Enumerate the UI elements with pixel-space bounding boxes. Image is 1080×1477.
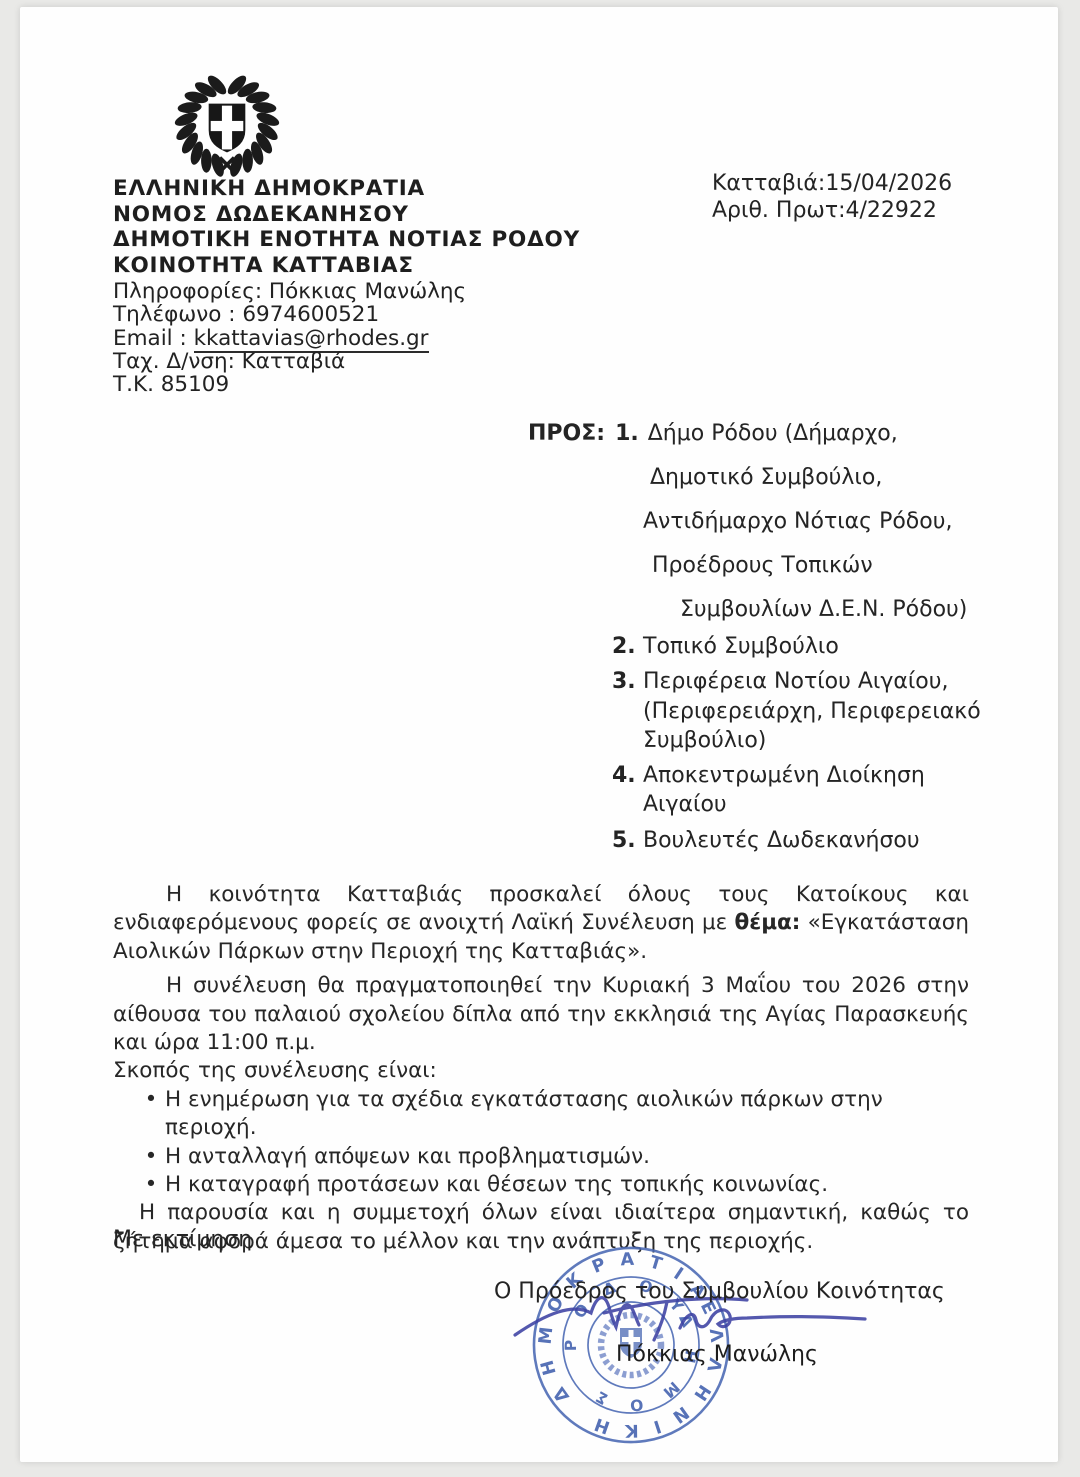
email-label: Email : — [113, 326, 194, 351]
letter-body: Η κοινότητα Κατταβιάς προσκαλεί όλους το… — [113, 881, 969, 1256]
bullet-text: Η ενημέρωση για τα σχέδια εγκατάστασης α… — [165, 1086, 969, 1143]
recipient-text: Αντιδήμαρχο Νότιας Ρόδου, — [643, 500, 967, 544]
contact-postcode: Τ.Κ. 85109 — [113, 373, 466, 396]
org-line-republic: ΕΛΛΗΝΙΚΗ ΔΗΜΟΚΡΑΤΙΑ — [113, 176, 580, 202]
regards-line: Με εκτίμηση — [113, 1227, 252, 1252]
recipient-item: 4. Αποκεντρωμένη Διοίκηση — [612, 761, 981, 790]
bullet-item: • Η ανταλλαγή απόψεων και προβληματισμών… — [113, 1143, 969, 1171]
bullet-text: Η καταγραφή προτάσεων και θέσεων της τοπ… — [165, 1171, 828, 1199]
bullet-icon: • — [137, 1171, 165, 1199]
subject-label: θέμα: — [734, 910, 800, 935]
recipient-text: Δήμο Ρόδου (Δήμαρχο, — [648, 412, 898, 456]
recipient-text: Δημοτικό Συμβούλιο, — [650, 456, 967, 500]
to-label: ΠΡΟΣ: — [528, 412, 605, 456]
signatory-title: Ο Πρόεδρος του Συμβουλίου Κοινότητας — [494, 1279, 945, 1304]
recipient-text: Τοπικό Συμβούλιο — [643, 632, 839, 661]
paragraph-invitation: Η κοινότητα Κατταβιάς προσκαλεί όλους το… — [113, 881, 969, 966]
recipient-item: 2. Τοπικό Συμβούλιο — [612, 632, 981, 661]
org-line-community: ΚΟΙΝΟΤΗΤΑ ΚΑΤΤΑΒΙΑΣ — [113, 253, 580, 279]
recipient-number: 4. — [612, 761, 643, 790]
letterhead-contact-block: Πληροφορίες: Πόκκιας Μανώλης Τηλέφωνο : … — [113, 280, 466, 396]
issue-date: Κατταβιά:15/04/2026 — [712, 170, 952, 197]
protocol-number: Αριθ. Πρωτ:4/22922 — [712, 197, 952, 224]
recipient-text: Συμβουλίων Δ.Ε.Ν. Ρόδου) — [680, 588, 967, 632]
paragraph-meeting-details: Η συνέλευση θα πραγματοποιηθεί την Κυρια… — [113, 972, 969, 1057]
bullet-item: • Η καταγραφή προτάσεων και θέσεων της τ… — [113, 1171, 969, 1199]
recipient-item: 5. Βουλευτές Δωδεκανήσου — [612, 826, 981, 855]
recipient-text: Βουλευτές Δωδεκανήσου — [643, 826, 920, 855]
org-line-prefecture: ΝΟΜΟΣ ΔΩΔΕΚΑΝΗΣΟΥ — [113, 202, 580, 228]
recipient-number: 1. — [615, 412, 639, 456]
date-protocol-block: Κατταβιά:15/04/2026 Αριθ. Πρωτ:4/22922 — [712, 170, 952, 224]
contact-email-line: Email : kkattavias@rhodes.gr — [113, 327, 466, 350]
signatory-name: Πόκκιας Μανώλης — [616, 1342, 818, 1367]
contact-person: Πληροφορίες: Πόκκιας Μανώλης — [113, 280, 466, 303]
bullet-item: • Η ενημέρωση για τα σχέδια εγκατάστασης… — [113, 1086, 969, 1143]
recipient-text: Αποκεντρωμένη Διοίκηση — [643, 761, 925, 790]
recipients-list: 2. Τοπικό Συμβούλιο 3. Περιφέρεια Νοτίου… — [612, 632, 981, 855]
bullet-text: Η ανταλλαγή απόψεων και προβληματισμών. — [165, 1143, 650, 1171]
recipient-number: 5. — [612, 826, 643, 855]
recipient-text: Προέδρους Τοπικών — [652, 544, 967, 588]
recipients-item1: ΠΡΟΣ: 1. Δήμο Ρόδου (Δήμαρχο, Δημοτικό Σ… — [528, 412, 967, 632]
letterhead-org-block: ΕΛΛΗΝΙΚΗ ΔΗΜΟΚΡΑΤΙΑ ΝΟΜΟΣ ΔΩΔΕΚΑΝΗΣΟΥ ΔΗ… — [113, 176, 580, 278]
recipient-number: 3. — [612, 667, 643, 696]
recipient-text: (Περιφερειάρχη, Περιφερειακό — [612, 697, 981, 726]
recipient-text: Περιφέρεια Νοτίου Αιγαίου, — [643, 667, 948, 696]
recipient-item: 3. Περιφέρεια Νοτίου Αιγαίου, — [612, 667, 981, 696]
recipients-first-line: ΠΡΟΣ: 1. Δήμο Ρόδου (Δήμαρχο, — [528, 412, 967, 456]
scanned-letter: { "page": { "background": "#e9e9e7", "pa… — [0, 0, 1080, 1477]
contact-address: Ταχ. Δ/νση: Κατταβιά — [113, 350, 466, 373]
bullet-icon: • — [137, 1143, 165, 1171]
recipient-text: Συμβούλιο) — [612, 726, 981, 755]
contact-phone: Τηλέφωνο : 6974600521 — [113, 303, 466, 326]
purpose-heading: Σκοπός της συνέλευσης είναι: — [113, 1057, 969, 1085]
recipient-text: Αιγαίου — [612, 790, 981, 819]
recipient-number: 2. — [612, 632, 643, 661]
bullet-icon: • — [137, 1086, 165, 1143]
org-line-municipal-unit: ΔΗΜΟΤΙΚΗ ΕΝΟΤΗΤΑ ΝΟΤΙΑΣ ΡΟΔΟΥ — [113, 227, 580, 253]
greek-coat-of-arms-icon — [170, 70, 284, 180]
